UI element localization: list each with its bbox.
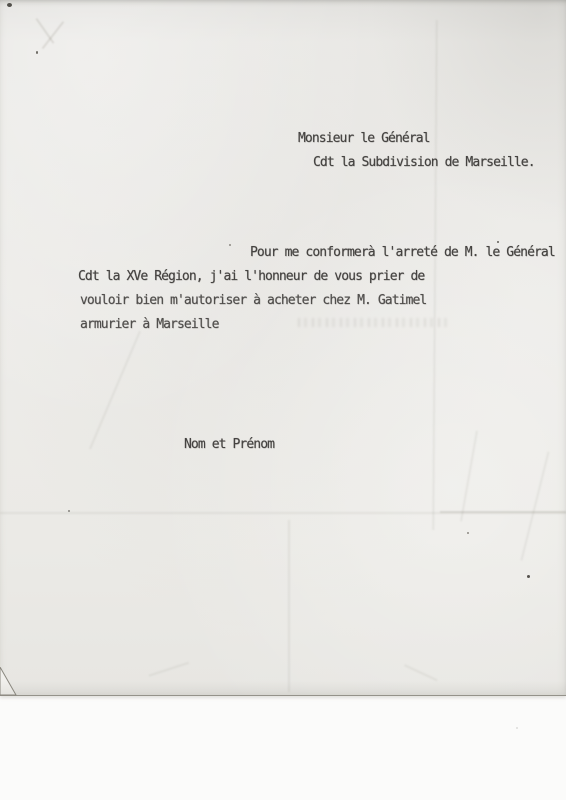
vertical-fold-crease [288, 520, 290, 692]
paper-speck [467, 532, 469, 534]
paper-speck [68, 510, 70, 512]
corner-crease-mark [36, 18, 54, 43]
diagonal-crease [520, 451, 549, 560]
paper-speck [36, 51, 38, 54]
diagonal-crease [460, 431, 477, 522]
paper-speck [229, 244, 231, 246]
corner-crease-mark [42, 21, 64, 49]
paper-speck [497, 241, 499, 243]
body-line: Cdt la XVe Région, j'ai l'honneur de vou… [78, 269, 424, 284]
body-line: vouloir bien m'autoriser à acheter chez … [80, 293, 426, 308]
diagonal-crease [404, 665, 437, 682]
body-line: Pour me conformerà l'arreté de M. le Gén… [250, 245, 555, 260]
paper-speck [7, 3, 12, 7]
recipient-line: Cdt la Subdivision de Marseille. [313, 155, 535, 170]
recipient-line: Monsieur le Général [298, 131, 430, 146]
signature-label: Nom et Prénom [184, 437, 274, 452]
vertical-fold-crease [432, 20, 437, 530]
diagonal-crease [89, 331, 140, 449]
paper-speck [527, 575, 530, 578]
scanned-letter: Monsieur le Général Cdt la Subdivision d… [0, 0, 566, 800]
letter-paper: Monsieur le Général Cdt la Subdivision d… [0, 0, 566, 696]
erased-text-smudge [298, 318, 448, 327]
diagonal-crease [149, 662, 189, 676]
horizontal-fold-crease [440, 511, 566, 513]
folded-corner [0, 667, 20, 697]
body-line: armurier à Marseille [80, 317, 219, 332]
background-speck [516, 727, 518, 729]
